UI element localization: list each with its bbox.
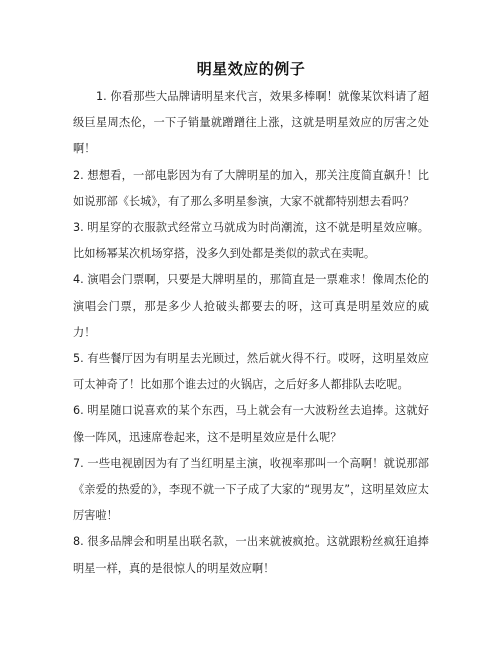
document-title: 明星效应的例子: [0, 58, 502, 79]
paragraph-4: 4. 演唱会门票啊，只要是大牌明星的，那简直是一票难求！像周杰伦的演唱会门票，那…: [73, 267, 429, 346]
paragraph-1: 1. 你看那些大品牌请明星来代言，效果多棒啊！就像某饮料请了超级巨星周杰伦，一下…: [73, 84, 429, 163]
paragraph-5: 5. 有些餐厅因为有明星去光顾过，然后就火得不行。哎呀，这明星效应可太神奇了！比…: [73, 346, 429, 398]
document-body: 1. 你看那些大品牌请明星来代言，效果多棒啊！就像某饮料请了超级巨星周杰伦，一下…: [73, 84, 429, 582]
paragraph-2: 2. 想想看，一部电影因为有了大牌明星的加入，那关注度简直飙升！比如说那部《长城…: [73, 163, 429, 215]
paragraph-7: 7. 一些电视剧因为有了当红明星主演，收视率那叫一个高啊！就说那部《亲爱的热爱的…: [73, 451, 429, 530]
paragraph-8: 8. 很多品牌会和明星出联名款，一出来就被疯抢。这就跟粉丝疯狂追捧明星一样，真的…: [73, 529, 429, 581]
paragraph-6: 6. 明星随口说喜欢的某个东西，马上就会有一大波粉丝去追捧。这就好像一阵风，迅速…: [73, 398, 429, 450]
paragraph-3: 3. 明星穿的衣服款式经常立马就成为时尚潮流，这不就是明星效应嘛。比如杨幂某次机…: [73, 215, 429, 267]
document-page: 明星效应的例子 1. 你看那些大品牌请明星来代言，效果多棒啊！就像某饮料请了超级…: [0, 0, 502, 649]
